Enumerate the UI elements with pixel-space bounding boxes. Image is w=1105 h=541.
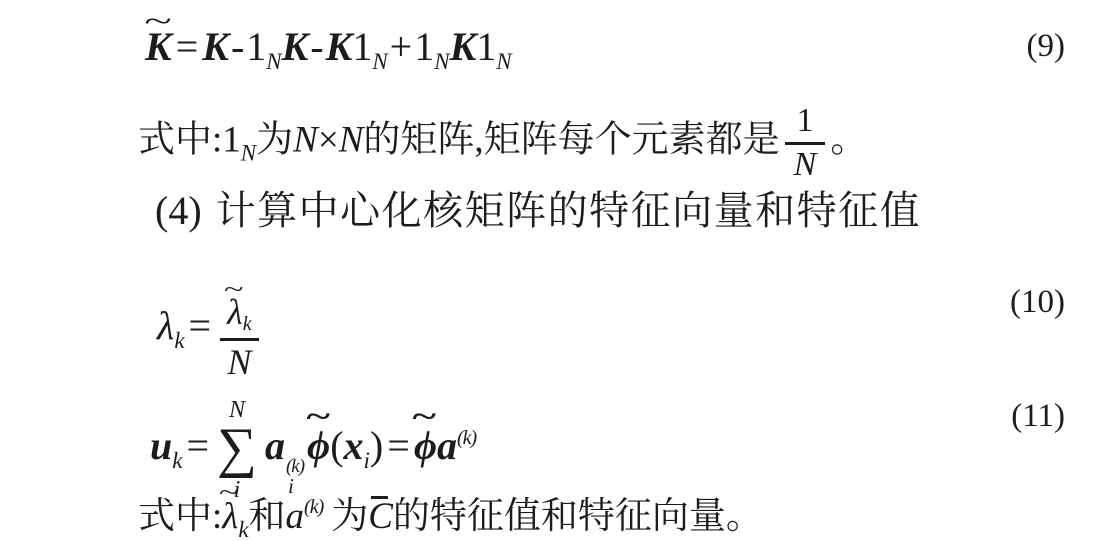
overbar-accent	[371, 496, 388, 499]
equals-sign: =	[186, 423, 209, 468]
equation-11: uk=N∑ia(k)i~ϕ(xi)=~ϕa(k)	[150, 398, 476, 502]
math-symbol-K: K	[450, 24, 477, 69]
plus-sign: +	[390, 24, 413, 69]
fraction-one-over-N: 1N	[785, 104, 826, 182]
lambda-tilde-symbol: ~λ	[227, 294, 243, 330]
equation-number-9: (9)	[1027, 28, 1065, 65]
math-symbol-x: x	[344, 423, 364, 468]
c-bar-symbol: C	[368, 496, 393, 539]
heading-index: (4)	[155, 188, 202, 233]
note-text: 的矩阵,矩阵每个元素都是	[363, 119, 779, 160]
phi-tilde-symbol: ~ϕ	[414, 423, 437, 469]
math-symbol-one: 1	[476, 24, 496, 69]
math-symbol-a: a	[286, 496, 305, 537]
math-symbol-one: 1	[414, 24, 434, 69]
equation-number-11: (11)	[1011, 398, 1065, 435]
subscript-k: k	[172, 448, 182, 473]
document-page: ~K=K-1NK-K1N+1NK1N (9) 式中:1N为N×N的矩阵,矩阵每个…	[0, 0, 1105, 541]
math-symbol-one: 1	[222, 119, 241, 160]
fraction-denominator: N	[785, 148, 826, 182]
fraction-numerator: 1	[787, 104, 822, 138]
note-text: 和	[249, 496, 286, 537]
subscript-k: k	[238, 517, 248, 541]
subscript-N: N	[266, 49, 281, 74]
minus-sign: -	[310, 24, 323, 69]
math-symbol-a: a	[437, 423, 457, 468]
math-symbol-one: 1	[246, 24, 266, 69]
equals-sign: =	[176, 24, 199, 69]
tilde-accent: ~	[413, 402, 436, 432]
math-symbol-N: N	[293, 119, 318, 160]
heading-text: 计算中心化核矩阵的特征向量和特征值	[216, 188, 922, 233]
note-prefix: 式中:	[138, 496, 222, 537]
note-text: 的特征值和特征向量。	[393, 496, 763, 537]
math-symbol-K: K	[282, 24, 309, 69]
subscript-N: N	[241, 140, 256, 165]
note-line-2: 式中:~λk和a(k)为C的特征值和特征向量。	[138, 496, 763, 541]
right-paren: )	[370, 423, 383, 468]
superscript-k: (k)	[304, 496, 323, 518]
note-prefix: 式中:	[138, 119, 222, 160]
fraction-bar	[785, 142, 826, 145]
left-paren: (	[330, 423, 343, 468]
math-symbol-a: a	[265, 423, 285, 468]
period-mark: 。	[830, 119, 867, 160]
fraction-lambda-over-N: ~λkN	[220, 280, 258, 380]
equation-9: ~K=K-1NK-K1N+1NK1N	[145, 24, 512, 75]
subscript-N: N	[372, 49, 387, 74]
k-tilde-symbol: ~K	[145, 24, 172, 70]
equals-sign: =	[387, 423, 410, 468]
math-symbol-N: N	[339, 119, 364, 160]
math-symbol-u: u	[150, 423, 172, 468]
tilde-accent: ~	[145, 7, 173, 37]
math-symbol-K: K	[326, 24, 353, 69]
tilde-accent: ~	[306, 402, 329, 432]
subscript-N: N	[434, 49, 449, 74]
math-symbol-lambda: λ	[157, 303, 174, 348]
subscript-k: k	[174, 328, 184, 353]
subscript-N: N	[496, 49, 511, 74]
equation-10: λk=~λkN	[157, 280, 264, 380]
times-sign: ×	[318, 119, 339, 160]
fraction-denominator: N	[220, 344, 258, 380]
equation-number-10: (10)	[1010, 284, 1065, 321]
lambda-tilde-symbol: ~λ	[222, 496, 238, 539]
phi-tilde-symbol: ~ϕ	[307, 423, 330, 469]
note-text: 为	[331, 496, 368, 537]
tilde-accent: ~	[219, 481, 238, 505]
math-symbol-K: K	[202, 24, 229, 69]
stacked-scripts: (k)i	[286, 457, 304, 497]
math-symbol-C: C	[368, 496, 393, 537]
math-symbol-one: 1	[352, 24, 372, 69]
superscript-k: (k)	[457, 427, 476, 449]
subscript-k: k	[243, 313, 252, 335]
minus-sign: -	[231, 24, 244, 69]
sigma-icon: ∑	[217, 425, 257, 473]
tilde-accent: ~	[224, 278, 243, 302]
fraction-numerator: ~λk	[220, 280, 258, 334]
section-heading: (4)计算中心化核矩阵的特征向量和特征值	[155, 188, 921, 234]
note-line-1: 式中:1N为N×N的矩阵,矩阵每个元素都是1N。	[138, 104, 867, 182]
fraction-bar	[220, 338, 258, 341]
subscript-i: i	[288, 476, 294, 497]
note-text: 为	[256, 119, 293, 160]
equals-sign: =	[189, 303, 212, 348]
